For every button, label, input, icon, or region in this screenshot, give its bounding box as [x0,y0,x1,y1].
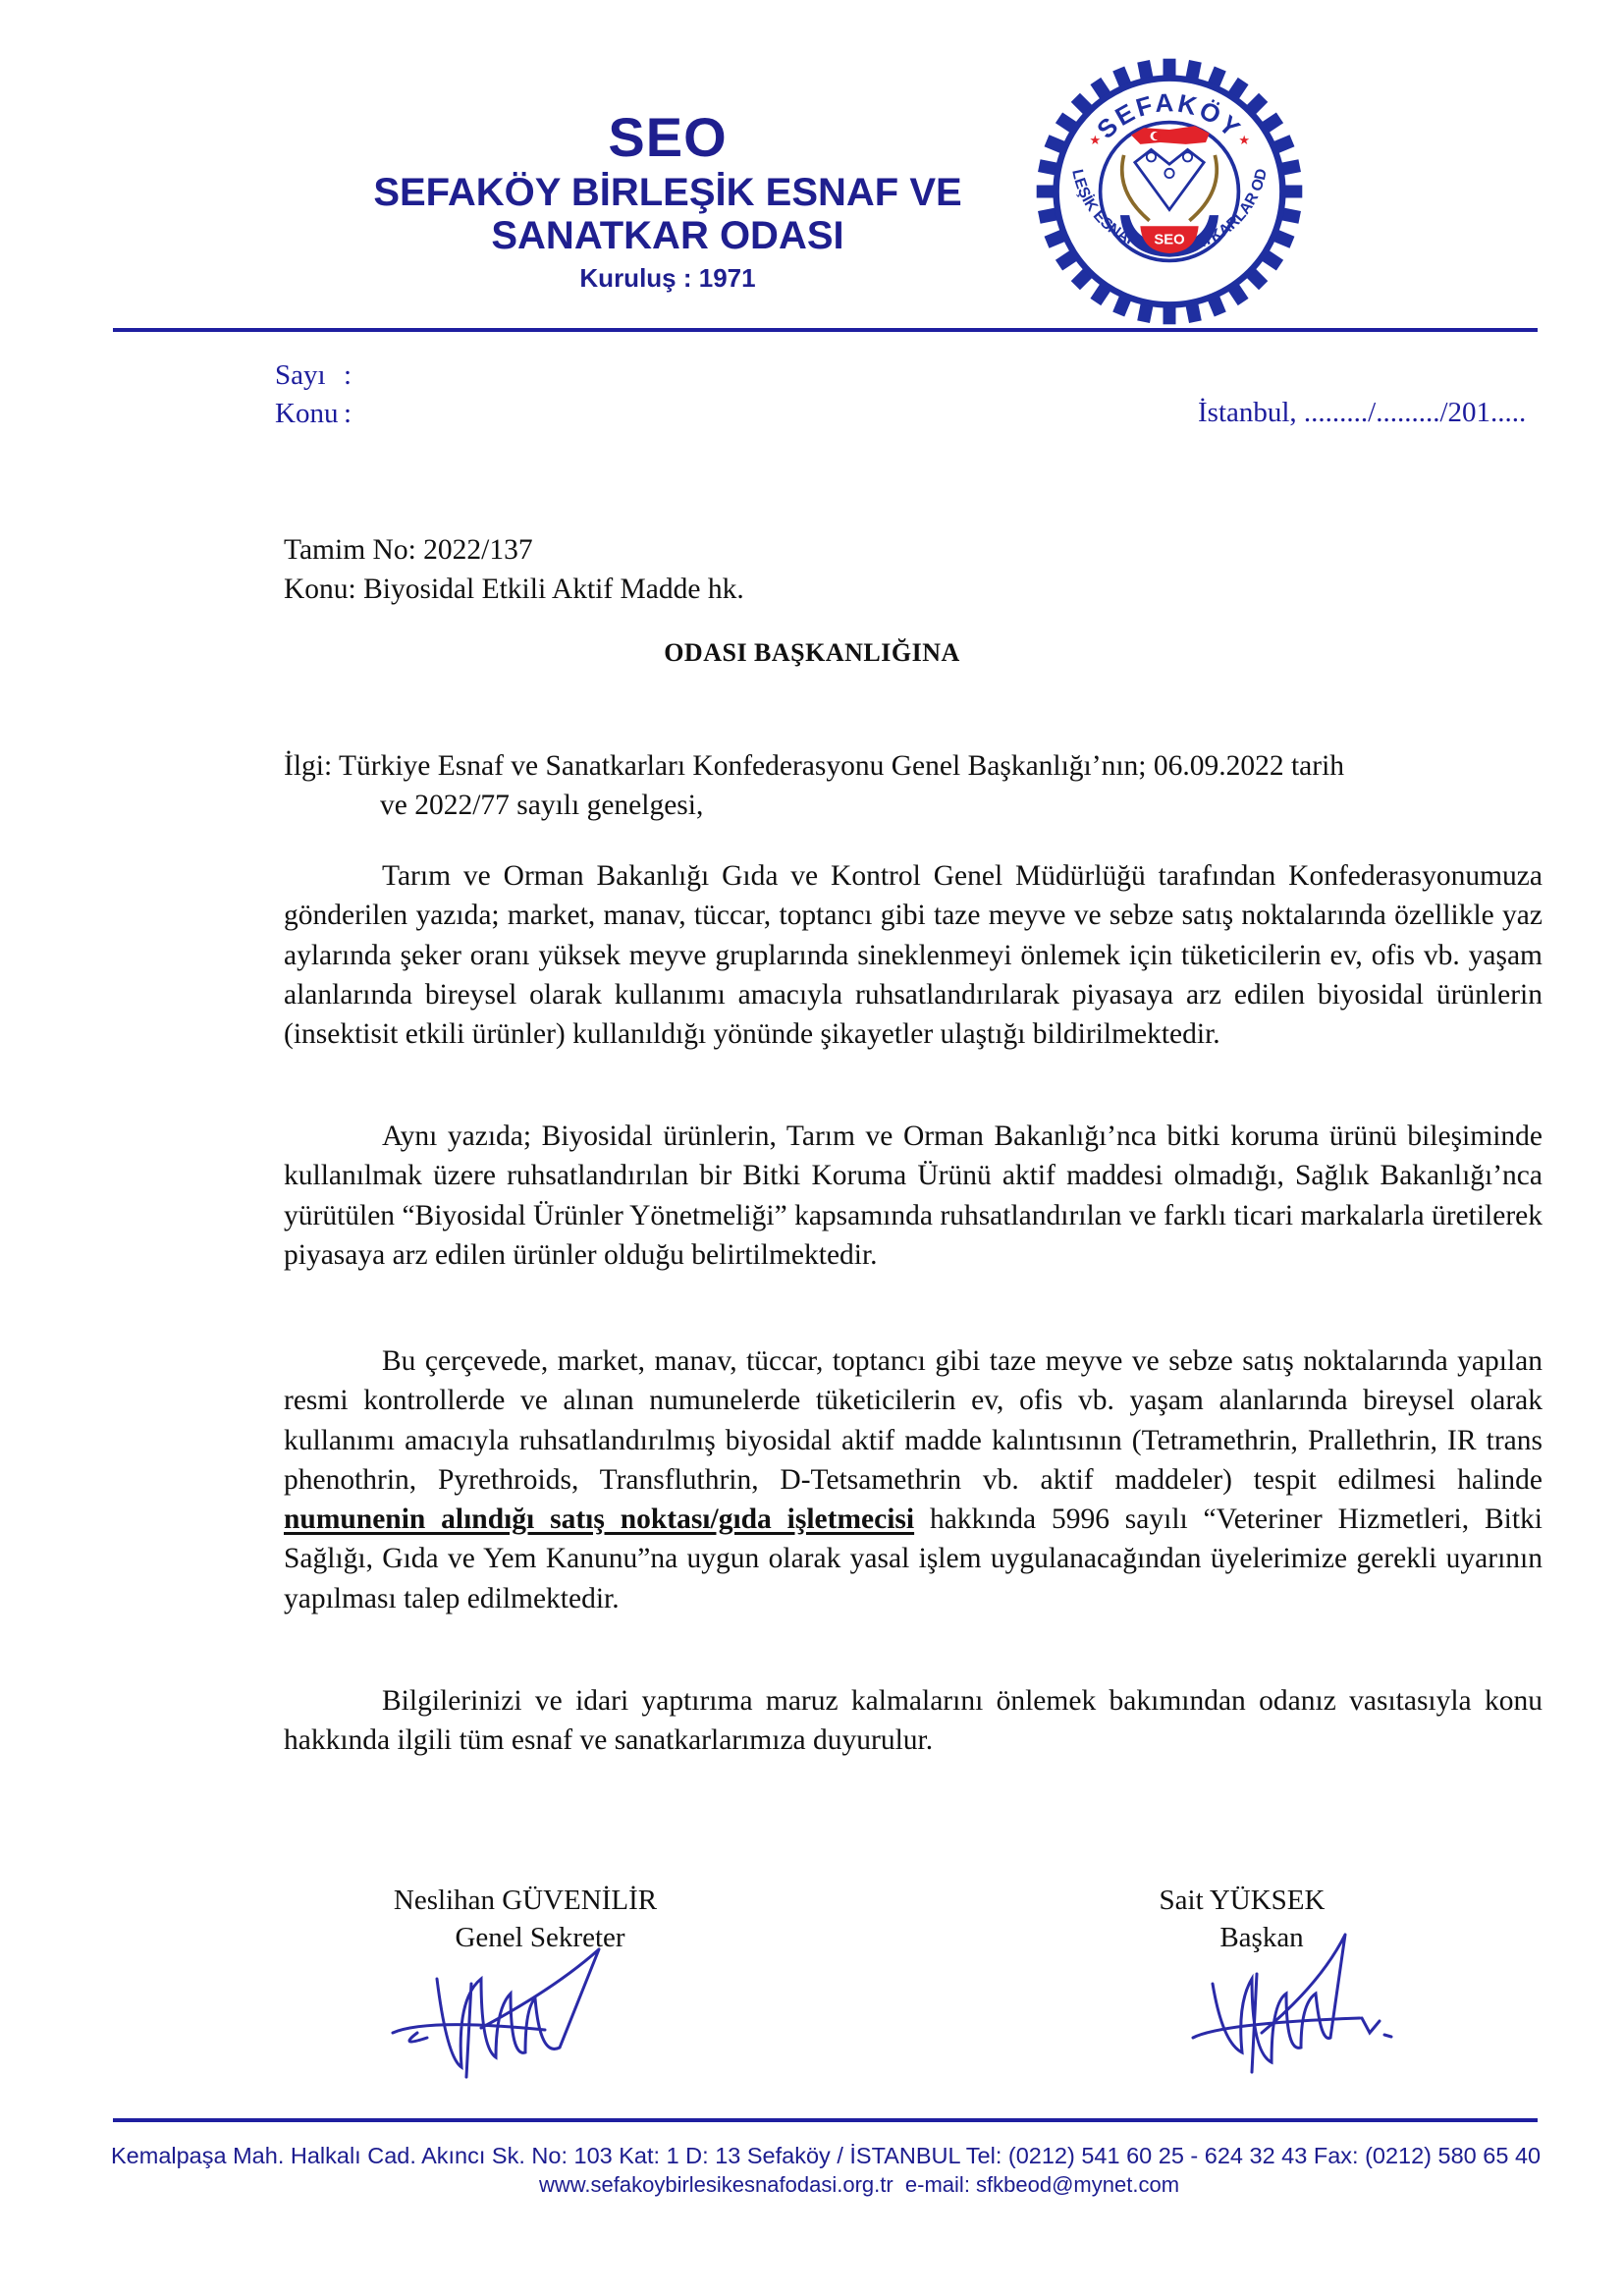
sayi-field: Sayı: [275,357,352,393]
paragraph-1: Tarım ve Orman Bakanlığı Gıda ve Kontrol… [284,856,1543,1054]
signatory-name: Neslihan GÜVENİLİR [394,1885,657,1916]
footer-divider [113,2118,1538,2122]
paragraph-3: Bu çerçevede, market, manav, tüccar, top… [284,1341,1543,1618]
handwritten-signature-icon [388,1940,614,2087]
emblem-badge: SEO [1154,233,1184,248]
subject-line: Konu: Biyosidal Etkili Aktif Madde hk. [284,570,744,609]
sayi-value: : [344,359,352,391]
closing-paragraph: Bilgilerinizi ve idari yaptırıma maruz k… [284,1681,1543,1761]
paragraph-3-start: Bu çerçevede, market, manav, tüccar, top… [284,1345,1543,1496]
header-divider [113,328,1538,332]
footer-website[interactable]: www.sefakoybirlesikesnafodasi.org.tr [539,2172,893,2197]
gear-emblem-icon: SEFAKÖY BİRLEŞİK ESNAF VE SANATKARLAR OD… [1033,55,1306,328]
paragraph-2: Aynı yazıda; Biyosidal ürünlerin, Tarım … [284,1117,1543,1275]
sayi-label: Sayı [275,357,344,393]
reference-line-2: ve 2022/77 sayılı genelgesi, [284,786,1541,825]
org-abbreviation: SEO [324,108,1011,167]
paragraph-3-emphasis: numunenin alındığı satış noktası/gıda iş… [284,1503,914,1535]
svg-text:★: ★ [1089,133,1101,147]
footer-address: Kemalpaşa Mah. Halkalı Cad. Akıncı Sk. N… [111,2142,1544,2169]
footer-contact: www.sefakoybirlesikesnafodasi.org.tr e-m… [0,2172,1624,2198]
footer-email[interactable]: e-mail: sfkbeod@mynet.com [905,2172,1179,2197]
reference-line-1: İlgi: Türkiye Esnaf ve Sanatkarları Konf… [284,750,1344,782]
org-name-line1: SEFAKÖY BİRLEŞİK ESNAF VE [324,171,1011,214]
circular-number: Tamim No: 2022/137 [284,530,533,570]
signatory-name: Sait YÜKSEK [1160,1885,1326,1916]
reference-line: İlgi: Türkiye Esnaf ve Sanatkarları Konf… [284,746,1541,825]
konu-label: Konu [275,396,344,431]
handwritten-signature-icon [1183,1925,1409,2082]
konu-value: : [344,398,352,429]
konu-field: Konu: [275,396,352,431]
org-name-line2: SANATKAR ODASI [329,214,1006,257]
svg-text:★: ★ [1238,133,1250,147]
addressee-heading: ODASI BAŞKANLIĞINA [0,633,1624,673]
date-line: İstanbul, ........./........./201..... [1198,395,1526,430]
org-founded: Kuruluş : 1971 [324,263,1011,293]
